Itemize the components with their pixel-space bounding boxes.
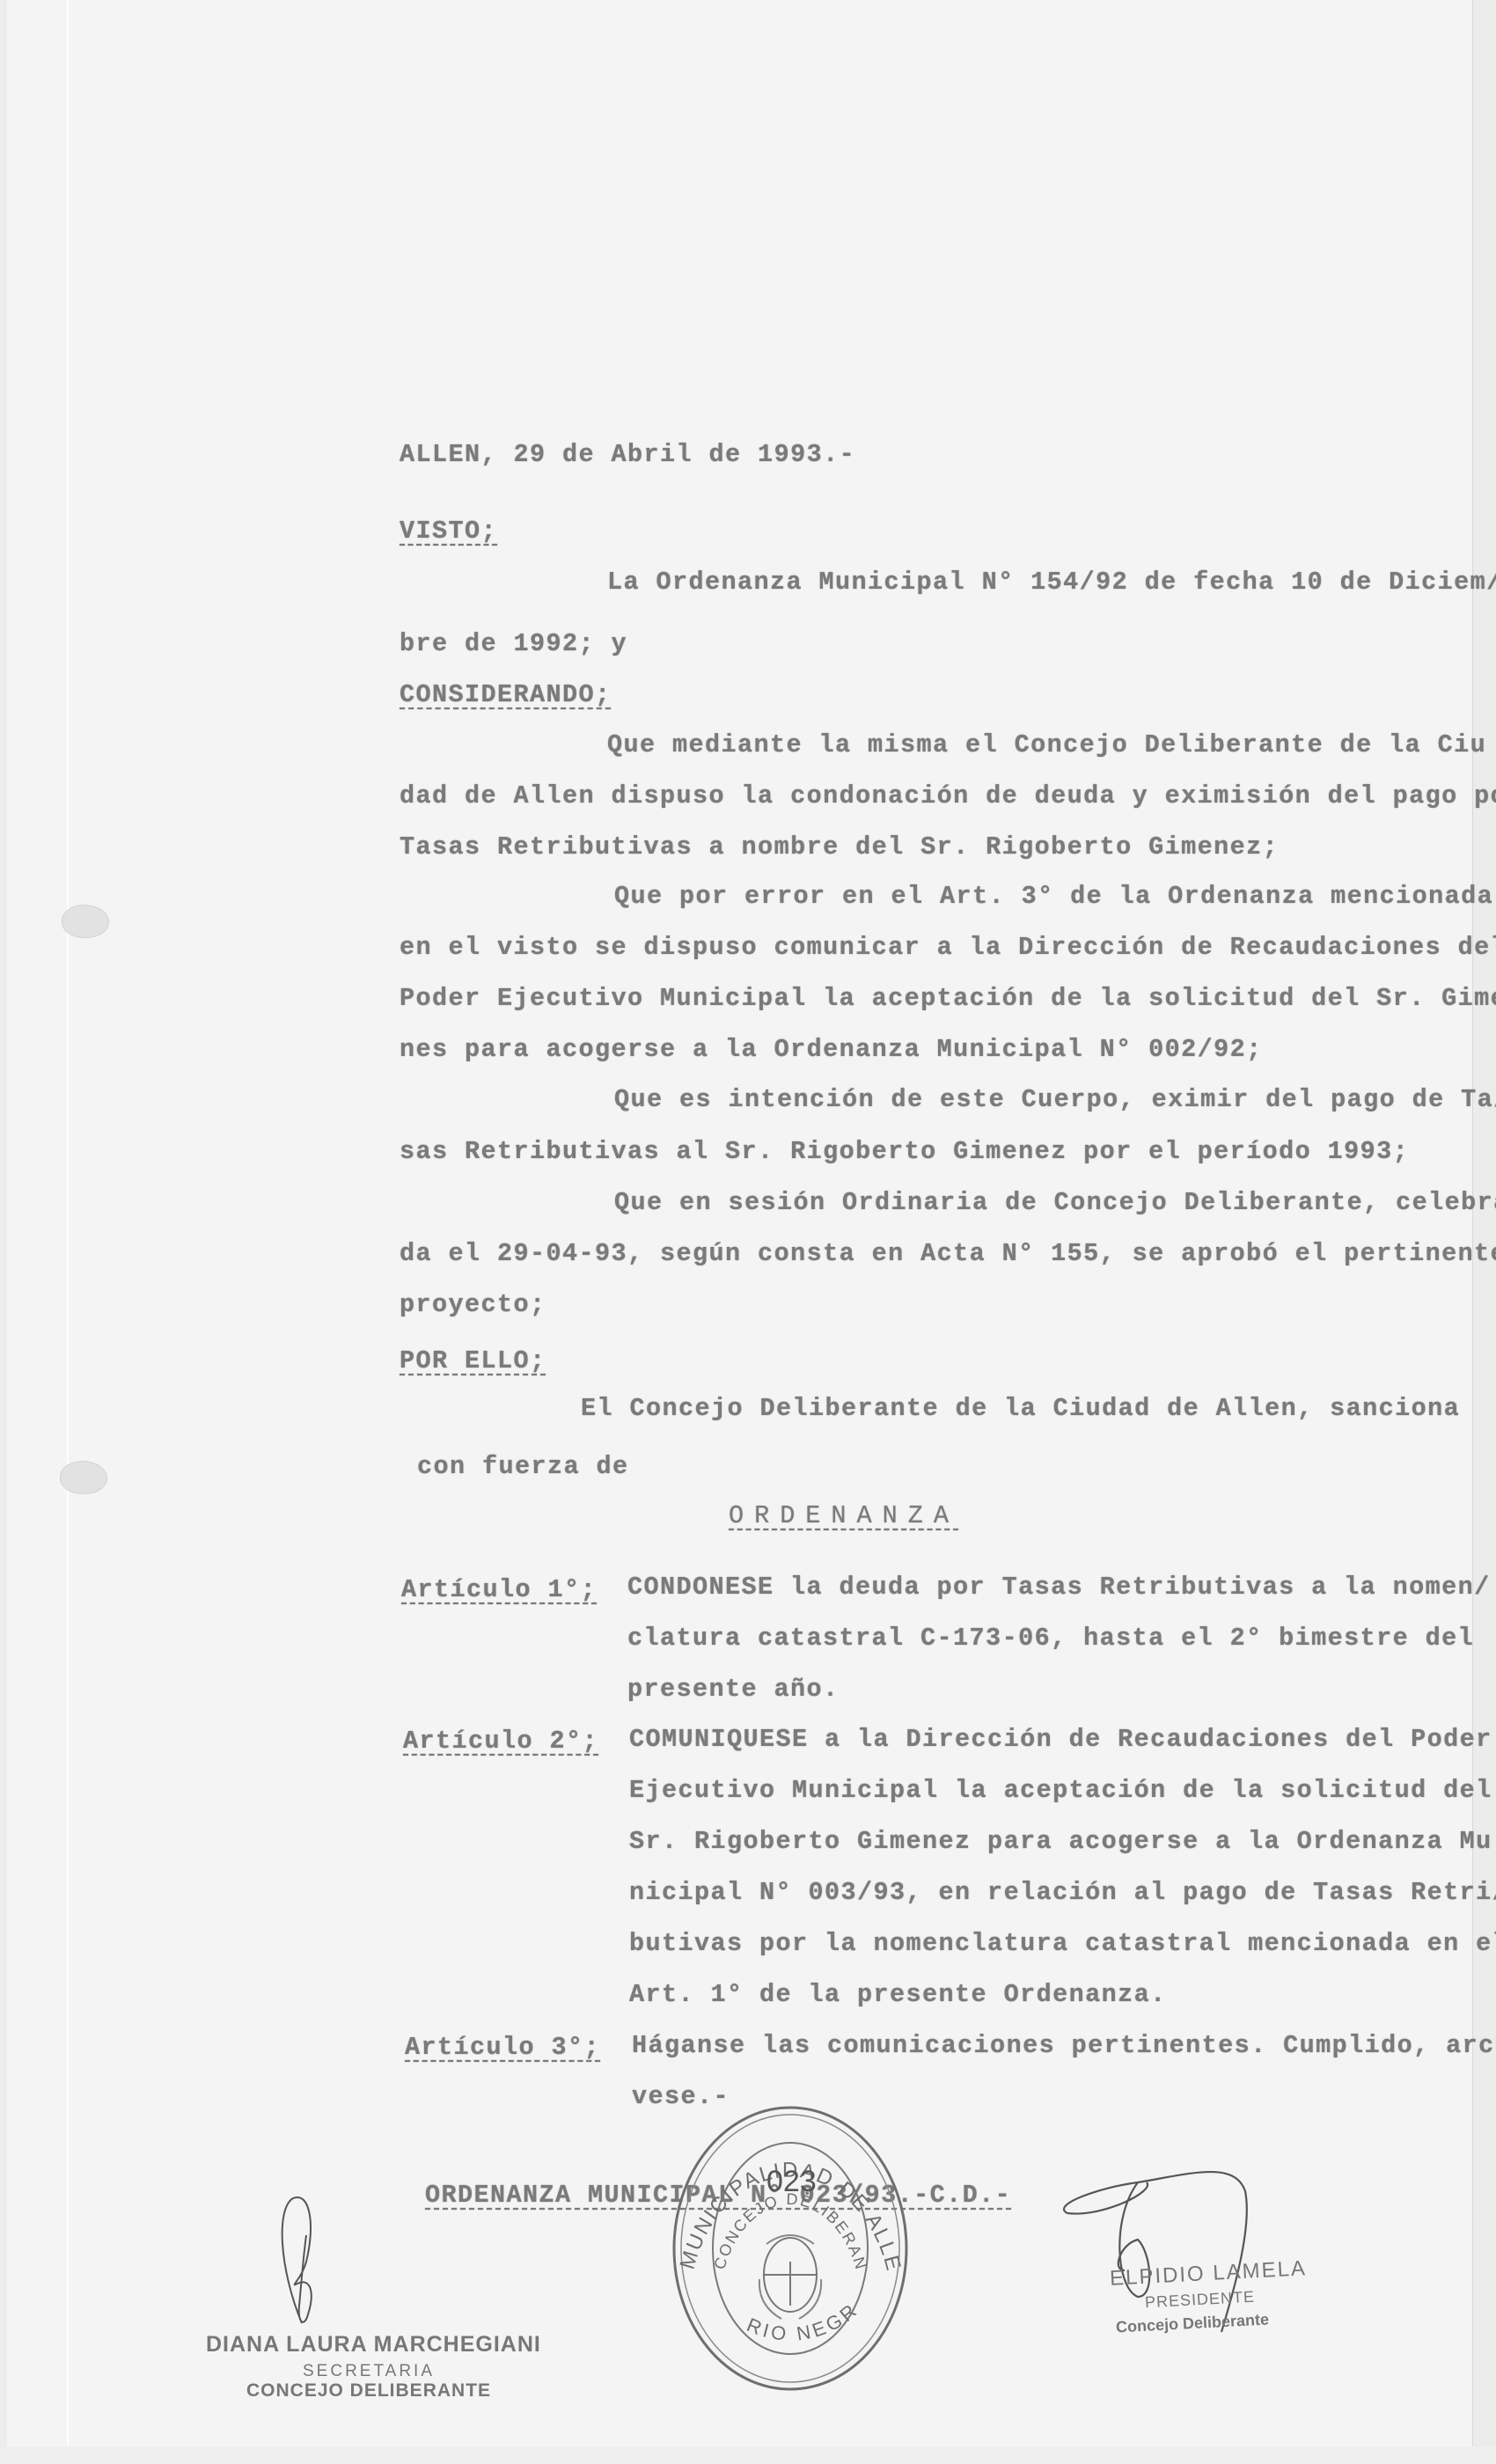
coat-of-arms-icon (759, 2235, 821, 2319)
considerando-line: sas Retributivas al Sr. Rigoberto Gimene… (400, 1137, 1409, 1166)
article-1-line: clatura catastral C-173-06, hasta el 2° … (627, 1624, 1474, 1653)
secretary-body: CONCEJO DELIBERANTE (246, 2380, 491, 2402)
secretary-name: DIANA LAURA MARCHEGIANI (206, 2332, 541, 2358)
article-2-line: COMUNIQUESE a la Dirección de Recaudacio… (629, 1725, 1492, 1754)
article-2-line: Art. 1° de la presente Ordenanza. (629, 1980, 1167, 2009)
secretary-role: SECRETARIA (303, 2362, 435, 2381)
article-1-line: CONDONESE la deuda por Tasas Retributiva… (627, 1573, 1491, 1602)
signature-secretary (271, 2191, 341, 2332)
considerando-line: Que por error en el Art. 3° de la Ordena… (614, 882, 1493, 911)
por-ello-line: El Concejo Deliberante de la Ciudad de A… (581, 1394, 1460, 1423)
considerando-line: dad de Allen dispuso la condonación de d… (400, 781, 1496, 810)
por-ello-heading: POR ELLO; (400, 1346, 546, 1375)
article-2-label: Artículo 2°; (403, 1727, 598, 1756)
considerando-line: proyecto; (400, 1290, 546, 1319)
place-date: ALLEN, 29 de Abril de 1993.- (400, 440, 855, 469)
considerando-line: Que mediante la misma el Concejo Deliber… (607, 730, 1486, 759)
handwritten-number: 023 (766, 2165, 817, 2198)
visto-line: bre de 1992; y (400, 629, 627, 658)
scanner-background (0, 2446, 1496, 2464)
por-ello-line: con fuerza de (417, 1452, 629, 1481)
article-2-line: Ejecutivo Municipal la aceptación de la … (629, 1776, 1492, 1805)
considerando-heading: CONSIDERANDO; (400, 680, 612, 709)
ordenanza-title: ORDENANZA (729, 1501, 959, 1530)
visto-line: La Ordenanza Municipal N° 154/92 de fech… (607, 568, 1496, 597)
considerando-line: Que es intención de este Cuerpo, eximir … (614, 1085, 1496, 1114)
document-page: ALLEN, 29 de Abril de 1993.- VISTO; La O… (7, 0, 1472, 2446)
article-1-label: Artículo 1°; (401, 1575, 597, 1604)
article-2-line: butivas por la nomenclatura catastral me… (629, 1929, 1496, 1958)
article-3-line: Háganse las comunicaciones pertinentes. … (632, 2031, 1496, 2060)
punch-hole (62, 905, 109, 938)
article-2-line: Sr. Rigoberto Gimenez para acogerse a la… (629, 1827, 1492, 1856)
article-2-line: nicipal N° 003/93, en relación al pago d… (629, 1878, 1496, 1907)
article-1-line: presente año. (627, 1675, 840, 1704)
considerando-line: nes para acogerse a la Ordenanza Municip… (400, 1035, 1263, 1064)
fold-line (67, 0, 69, 2464)
considerando-line: da el 29-04-93, según consta en Acta N° … (400, 1239, 1496, 1268)
municipal-seal: MUNICIPALIDAD DE ALLEN CONCEJO DELIBERAN… (663, 2094, 918, 2394)
considerando-line: Tasas Retributivas a nombre del Sr. Rigo… (400, 832, 1279, 862)
visto-heading: VISTO; (400, 517, 497, 546)
considerando-line: en el visto se dispuso comunicar a la Di… (400, 933, 1496, 962)
article-3-label: Artículo 3°; (405, 2033, 600, 2062)
considerando-line: Poder Ejecutivo Municipal la aceptación … (400, 984, 1496, 1013)
considerando-line: Que en sesión Ordinaria de Concejo Delib… (614, 1188, 1496, 1217)
punch-hole (60, 1461, 107, 1494)
